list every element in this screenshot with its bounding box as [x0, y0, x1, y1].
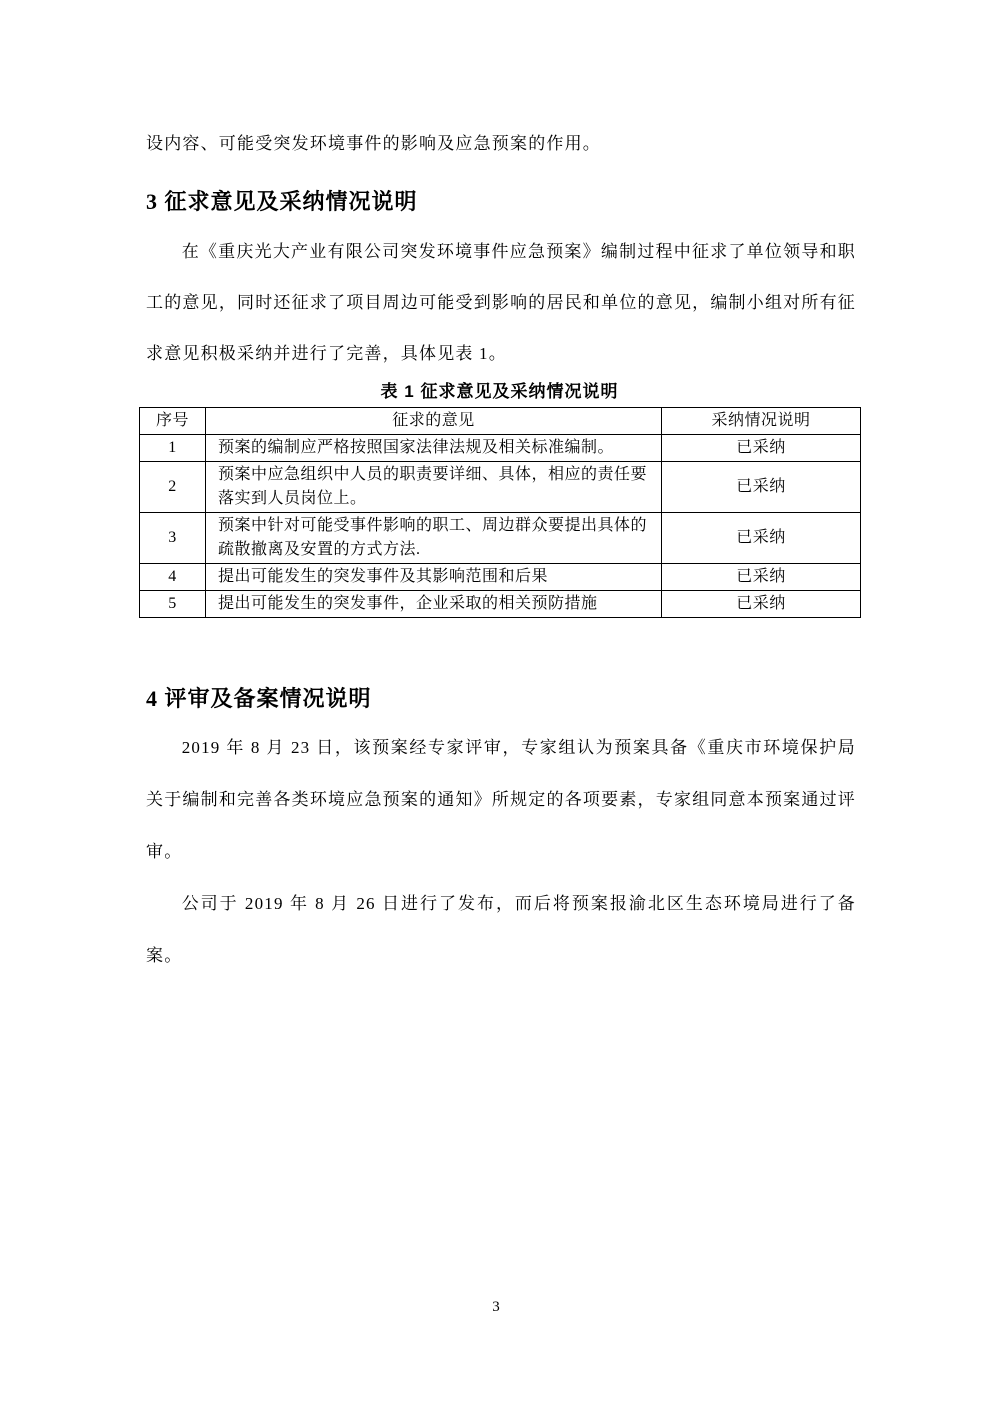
cell-adoption-status: 已采纳	[662, 564, 861, 591]
cell-seq-no: 5	[140, 591, 206, 618]
cell-opinion: 预案中针对可能受事件影响的职工、周边群众要提出具体的疏散撤离及安置的方式方法.	[206, 513, 662, 564]
section3-paragraph: 在《重庆光大产业有限公司突发环境事件应急预案》编制过程中征求了单位领导和职工的意…	[146, 226, 856, 379]
cell-opinion: 提出可能发生的突发事件，企业采取的相关预防措施	[206, 591, 662, 618]
continuation-paragraph-line: 设内容、可能受突发环境事件的影响及应急预案的作用。	[146, 131, 856, 157]
cell-opinion: 提出可能发生的突发事件及其影响范围和后果	[206, 564, 662, 591]
section3-heading: 3 征求意见及采纳情况说明	[146, 187, 856, 217]
column-header-seq-no: 序号	[140, 408, 206, 435]
section4-paragraph-1: 2019 年 8 月 23 日，该预案经专家评审，专家组认为预案具备《重庆市环境…	[146, 722, 856, 878]
cell-seq-no: 4	[140, 564, 206, 591]
column-header-adoption-status: 采纳情况说明	[662, 408, 861, 435]
cell-adoption-status: 已采纳	[662, 591, 861, 618]
cell-adoption-status: 已采纳	[662, 513, 861, 564]
cell-seq-no: 2	[140, 462, 206, 513]
table-row: 2 预案中应急组织中人员的职责要详细、具体，相应的责任要落实到人员岗位上。 已采…	[140, 462, 861, 513]
table-header-row: 序号 征求的意见 采纳情况说明	[140, 408, 861, 435]
section4-paragraph-2: 公司于 2019 年 8 月 26 日进行了发布，而后将预案报渝北区生态环境局进…	[146, 878, 856, 982]
cell-seq-no: 1	[140, 435, 206, 462]
table-row: 4 提出可能发生的突发事件及其影响范围和后果 已采纳	[140, 564, 861, 591]
table1-comments-adoption: 序号 征求的意见 采纳情况说明 1 预案的编制应严格按照国家法律法规及相关标准编…	[139, 407, 861, 618]
section4-heading: 4 评审及备案情况说明	[146, 684, 856, 714]
table-row: 1 预案的编制应严格按照国家法律法规及相关标准编制。 已采纳	[140, 435, 861, 462]
cell-seq-no: 3	[140, 513, 206, 564]
table-row: 3 预案中针对可能受事件影响的职工、周边群众要提出具体的疏散撤离及安置的方式方法…	[140, 513, 861, 564]
cell-opinion: 预案的编制应严格按照国家法律法规及相关标准编制。	[206, 435, 662, 462]
section4-paragraphs: 2019 年 8 月 23 日，该预案经专家评审，专家组认为预案具备《重庆市环境…	[146, 722, 856, 982]
cell-opinion: 预案中应急组织中人员的职责要详细、具体，相应的责任要落实到人员岗位上。	[206, 462, 662, 513]
page-number: 3	[0, 1296, 992, 1318]
column-header-opinion: 征求的意见	[206, 408, 662, 435]
cell-adoption-status: 已采纳	[662, 435, 861, 462]
table-row: 5 提出可能发生的突发事件，企业采取的相关预防措施 已采纳	[140, 591, 861, 618]
table1-caption: 表 1 征求意见及采纳情况说明	[139, 380, 860, 404]
cell-adoption-status: 已采纳	[662, 462, 861, 513]
document-page: 设内容、可能受突发环境事件的影响及应急预案的作用。 3 征求意见及采纳情况说明 …	[0, 0, 992, 1403]
